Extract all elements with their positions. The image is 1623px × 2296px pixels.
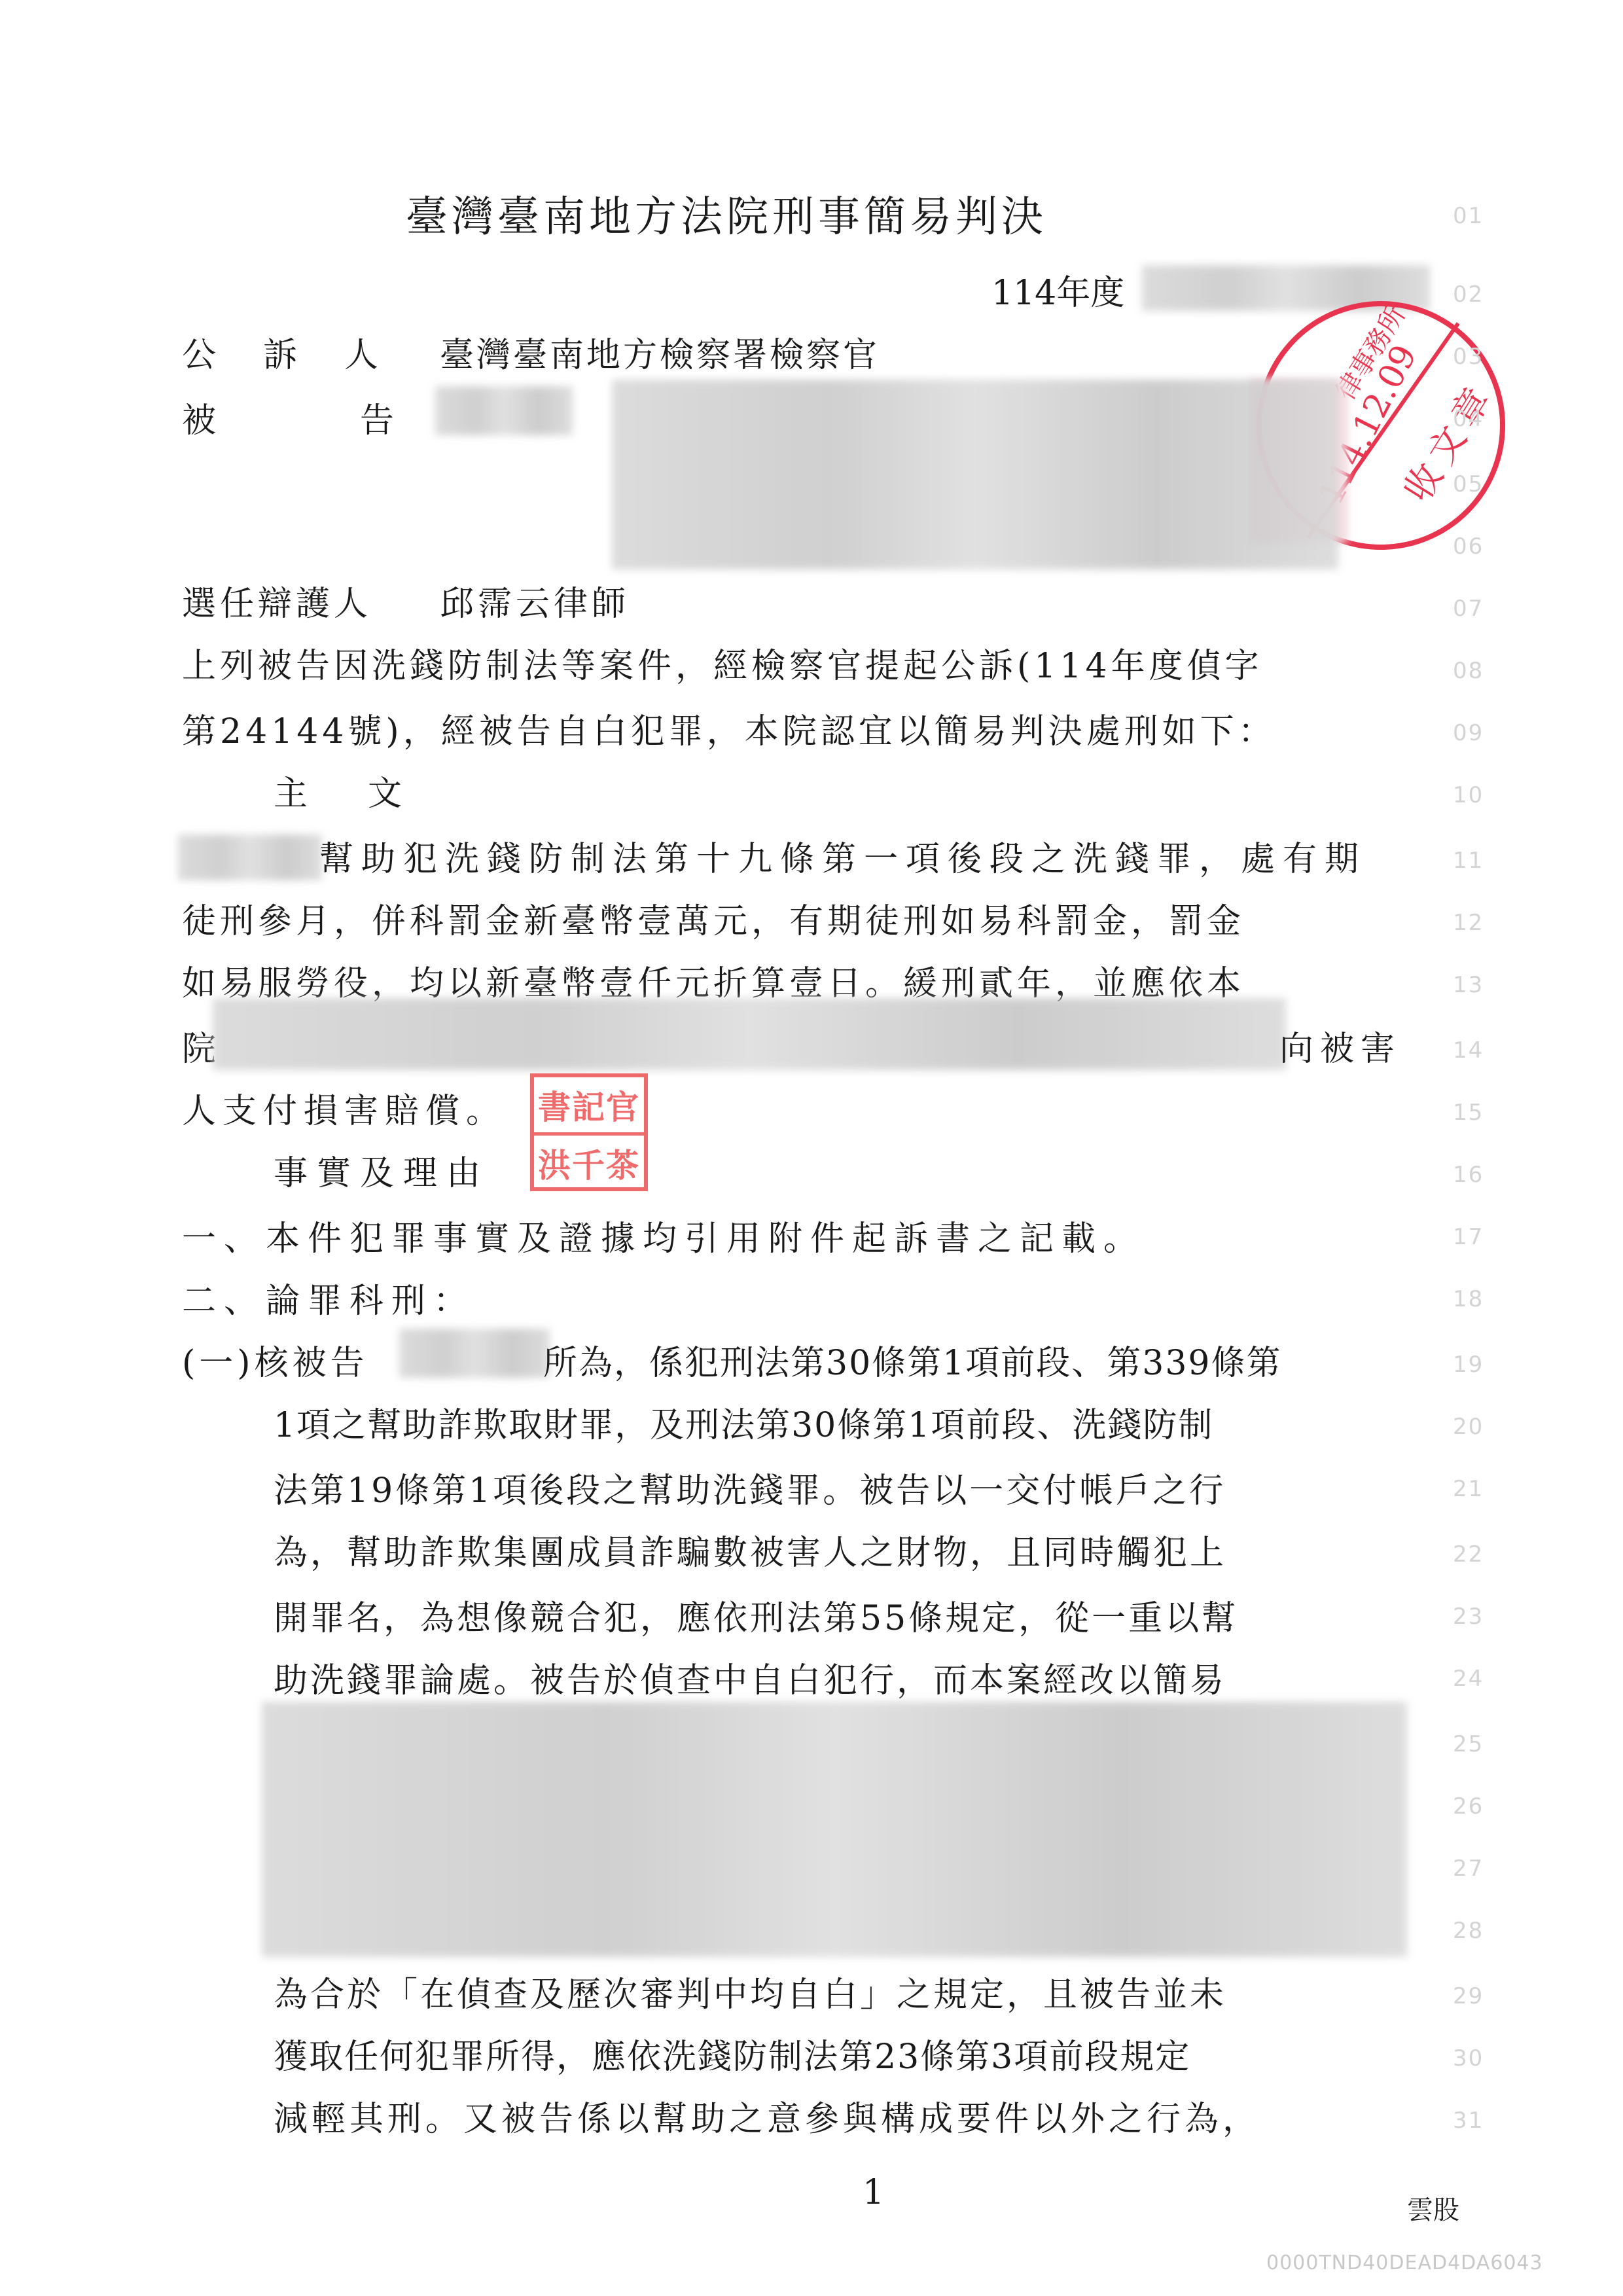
redacted-defendant-details — [612, 380, 1338, 569]
main-text-line: 向被害 — [1279, 1021, 1401, 1070]
document-id: 0000TND40DEAD4DA6043 — [1266, 2251, 1543, 2274]
main-text-line: 如易服勞役，均以新臺幣壹仟元折算壹日。緩刑貳年，並應依本 — [182, 956, 1245, 1005]
reasons-item: 一、本件犯罪事實及證據均引用附件起訴書之記載。 — [182, 1211, 1145, 1260]
court-unit: 雲股 — [1407, 2189, 1459, 2227]
clerk-seal-name: 洪千茶 — [534, 1136, 644, 1191]
reasons-subitem: 為合於「在偵查及歷次審判中均自白」之規定，且被告並未 — [274, 1967, 1226, 2016]
redacted-defendant-name — [399, 1329, 550, 1378]
line-number: 22 — [1453, 1541, 1484, 1568]
line-number: 05 — [1453, 471, 1484, 497]
line-number: 03 — [1453, 344, 1484, 370]
line-number: 06 — [1453, 533, 1484, 560]
line-number: 20 — [1453, 1414, 1484, 1440]
reasons-heading: 事實及理由 — [274, 1145, 490, 1194]
line-number: 18 — [1453, 1286, 1484, 1312]
redacted-defendant-name — [435, 386, 573, 435]
main-text-line: 幫助犯洗錢防制法第十九條第一項後段之洗錢罪，處有期 — [319, 831, 1366, 880]
line-number: 19 — [1453, 1352, 1484, 1378]
page-number: 1 — [863, 2173, 884, 2212]
line-number: 28 — [1453, 1918, 1484, 1944]
redacted-defendant-name — [178, 834, 322, 880]
main-text-heading: 主 文 — [274, 766, 415, 815]
line-number: 31 — [1453, 2108, 1484, 2134]
reasons-subitem: 1項之幫助詐欺取財罪，及刑法第30條第1項前段、洗錢防制 — [274, 1397, 1213, 1446]
line-number: 01 — [1453, 203, 1484, 229]
line-number: 30 — [1453, 2045, 1484, 2072]
line-number: 25 — [1453, 1731, 1484, 1757]
line-number: 02 — [1453, 281, 1484, 308]
line-number: 09 — [1453, 720, 1484, 746]
redacted-paragraph — [262, 1702, 1407, 1957]
clerk-seal-title: 書記官 — [534, 1077, 644, 1136]
prosecutor-label: 公 訴 人 — [182, 327, 385, 376]
intro-line: 上列被告因洗錢防制法等案件，經檢察官提起公訴(114年度偵字 — [182, 638, 1263, 687]
redacted-compensation-terms — [213, 998, 1286, 1070]
main-text-line: 人支付損害賠償。 — [182, 1083, 507, 1132]
line-number: 24 — [1453, 1666, 1484, 1692]
line-number: 04 — [1453, 406, 1484, 432]
line-number: 12 — [1453, 910, 1484, 936]
line-number: 10 — [1453, 782, 1484, 808]
main-text-line: 徒刑參月，併科罰金新臺幣壹萬元，有期徒刑如易科罰金，罰金 — [182, 893, 1245, 942]
line-number: 27 — [1453, 1856, 1484, 1882]
defense-counsel-value: 邱霈云律師 — [440, 576, 630, 625]
line-number: 07 — [1453, 596, 1484, 622]
line-number: 16 — [1453, 1162, 1484, 1188]
line-number: 08 — [1453, 658, 1484, 684]
reasons-subitem: (一)核被告 — [182, 1335, 368, 1384]
line-number: 15 — [1453, 1100, 1484, 1126]
reasons-subitem: 減輕其刑。又被告係以幫助之意參與構成要件以外之行為， — [274, 2091, 1260, 2140]
document-title: 臺灣臺南地方法院刑事簡易判決 — [406, 183, 1047, 243]
clerk-seal: 書記官 洪千茶 — [530, 1073, 648, 1191]
reasons-subitem: 助洗錢罪論處。被告於偵查中自白犯行，而本案經改以簡易 — [274, 1653, 1226, 1702]
defendant-label: 被 告 — [182, 393, 404, 442]
line-number: 23 — [1453, 1604, 1484, 1630]
defense-counsel-label: 選任辯護人 — [182, 576, 372, 625]
reasons-subitem: 獲取任何犯罪所得，應依洗錢防制法第23條第3項前段規定 — [274, 2029, 1190, 2078]
line-number: 17 — [1453, 1224, 1484, 1250]
reasons-subitem: 法第19條第1項後段之幫助洗錢罪。被告以一交付帳戶之行 — [274, 1463, 1226, 1512]
prosecutor-value: 臺灣臺南地方檢察署檢察官 — [440, 327, 880, 376]
line-number: 21 — [1453, 1476, 1484, 1502]
reasons-subitem: 為，幫助詐欺集團成員詐騙數被害人之財物，且同時觸犯上 — [274, 1525, 1226, 1574]
line-number: 26 — [1453, 1793, 1484, 1820]
line-number: 11 — [1453, 848, 1484, 874]
line-number: 13 — [1453, 972, 1484, 998]
reasons-subitem: 開罪名，為想像競合犯，應依刑法第55條規定，從一重以幫 — [274, 1590, 1238, 1640]
reasons-item: 二、論罪科刑： — [182, 1273, 475, 1322]
line-number: 14 — [1453, 1037, 1484, 1064]
intro-line: 第24144號)，經被告自白犯罪，本院認宜以簡易判決處刑如下： — [182, 704, 1276, 753]
case-number: 114年度 — [991, 265, 1124, 314]
reasons-subitem: 所為，係犯刑法第30條第1項前段、第339條第 — [543, 1335, 1282, 1384]
line-number: 29 — [1453, 1983, 1484, 2009]
